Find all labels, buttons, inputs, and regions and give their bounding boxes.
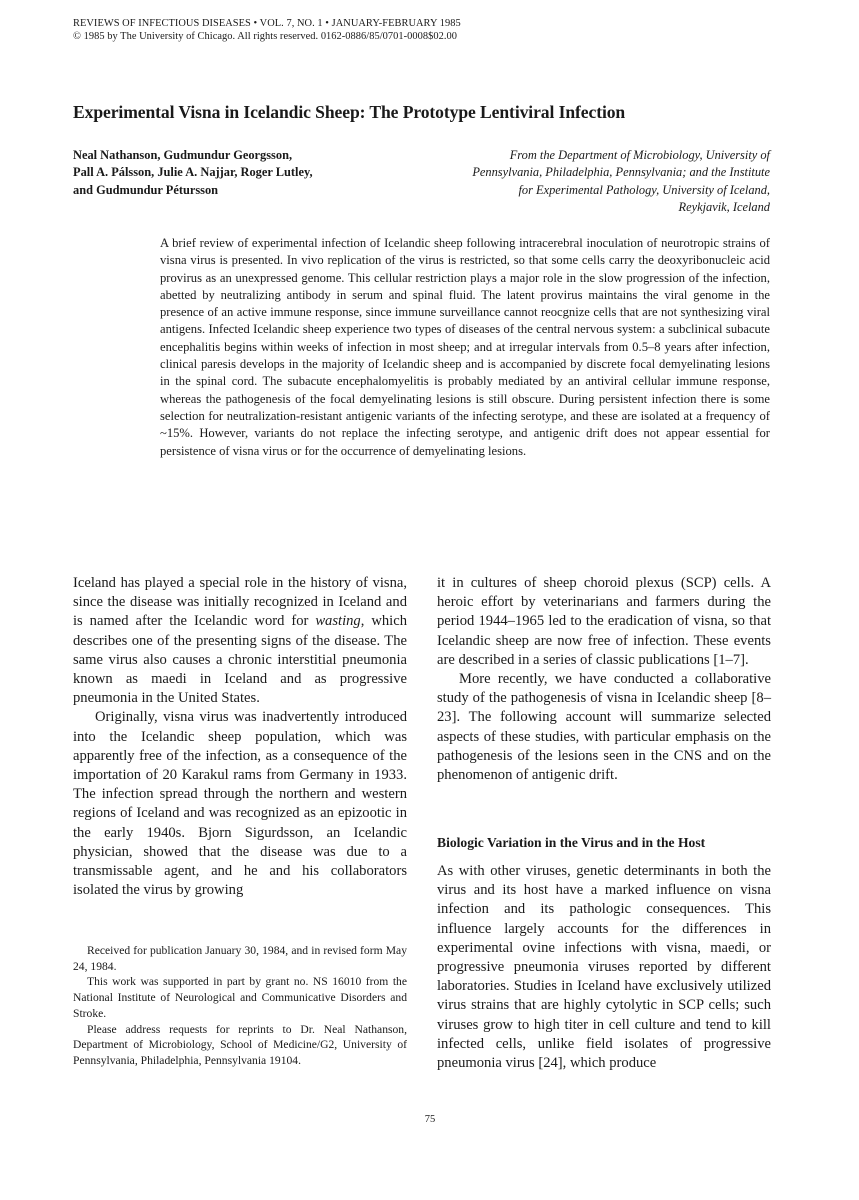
section-body: As with other viruses, genetic determina… [437, 862, 771, 1073]
footnote-reprints: Please address requests for reprints to … [73, 1022, 407, 1069]
author-line: and Gudmundur Pétursson [73, 182, 413, 199]
abstract: A brief review of experimental infection… [160, 235, 770, 460]
affiliation-line: Pennsylvania, Philadelphia, Pennsylvania… [410, 164, 770, 181]
affiliation: From the Department of Microbiology, Uni… [410, 147, 770, 216]
author-list: Neal Nathanson, Gudmundur Georgsson, Pal… [73, 147, 413, 199]
body-column-left: Iceland has played a special role in the… [73, 574, 407, 900]
page-number: 75 [380, 1114, 480, 1125]
footnote-support: This work was supported in part by grant… [73, 974, 407, 1021]
affiliation-line: Reykjavik, Iceland [410, 199, 770, 216]
italic-term: wasting [315, 613, 360, 629]
copyright-line: © 1985 by The University of Chicago. All… [73, 30, 773, 43]
section-heading: Biologic Variation in the Virus and in t… [437, 834, 771, 852]
body-paragraph: More recently, we have conducted a colla… [437, 670, 771, 785]
author-line: Pall A. Pálsson, Julie A. Najjar, Roger … [73, 164, 413, 181]
affiliation-line: for Experimental Pathology, University o… [410, 182, 770, 199]
footnotes: Received for publication January 30, 198… [73, 943, 407, 1069]
journal-line: REVIEWS OF INFECTIOUS DISEASES • VOL. 7,… [73, 17, 773, 30]
body-paragraph: As with other viruses, genetic determina… [437, 862, 771, 1073]
body-column-right: it in cultures of sheep choroid plexus (… [437, 574, 771, 785]
body-paragraph: it in cultures of sheep choroid plexus (… [437, 574, 771, 670]
article-title: Experimental Visna in Icelandic Sheep: T… [73, 101, 793, 123]
running-head: REVIEWS OF INFECTIOUS DISEASES • VOL. 7,… [73, 17, 773, 43]
body-paragraph: Originally, visna virus was inadvertentl… [73, 708, 407, 900]
affiliation-line: From the Department of Microbiology, Uni… [410, 147, 770, 164]
author-line: Neal Nathanson, Gudmundur Georgsson, [73, 147, 413, 164]
footnote-received: Received for publication January 30, 198… [73, 943, 407, 974]
body-paragraph: Iceland has played a special role in the… [73, 574, 407, 708]
